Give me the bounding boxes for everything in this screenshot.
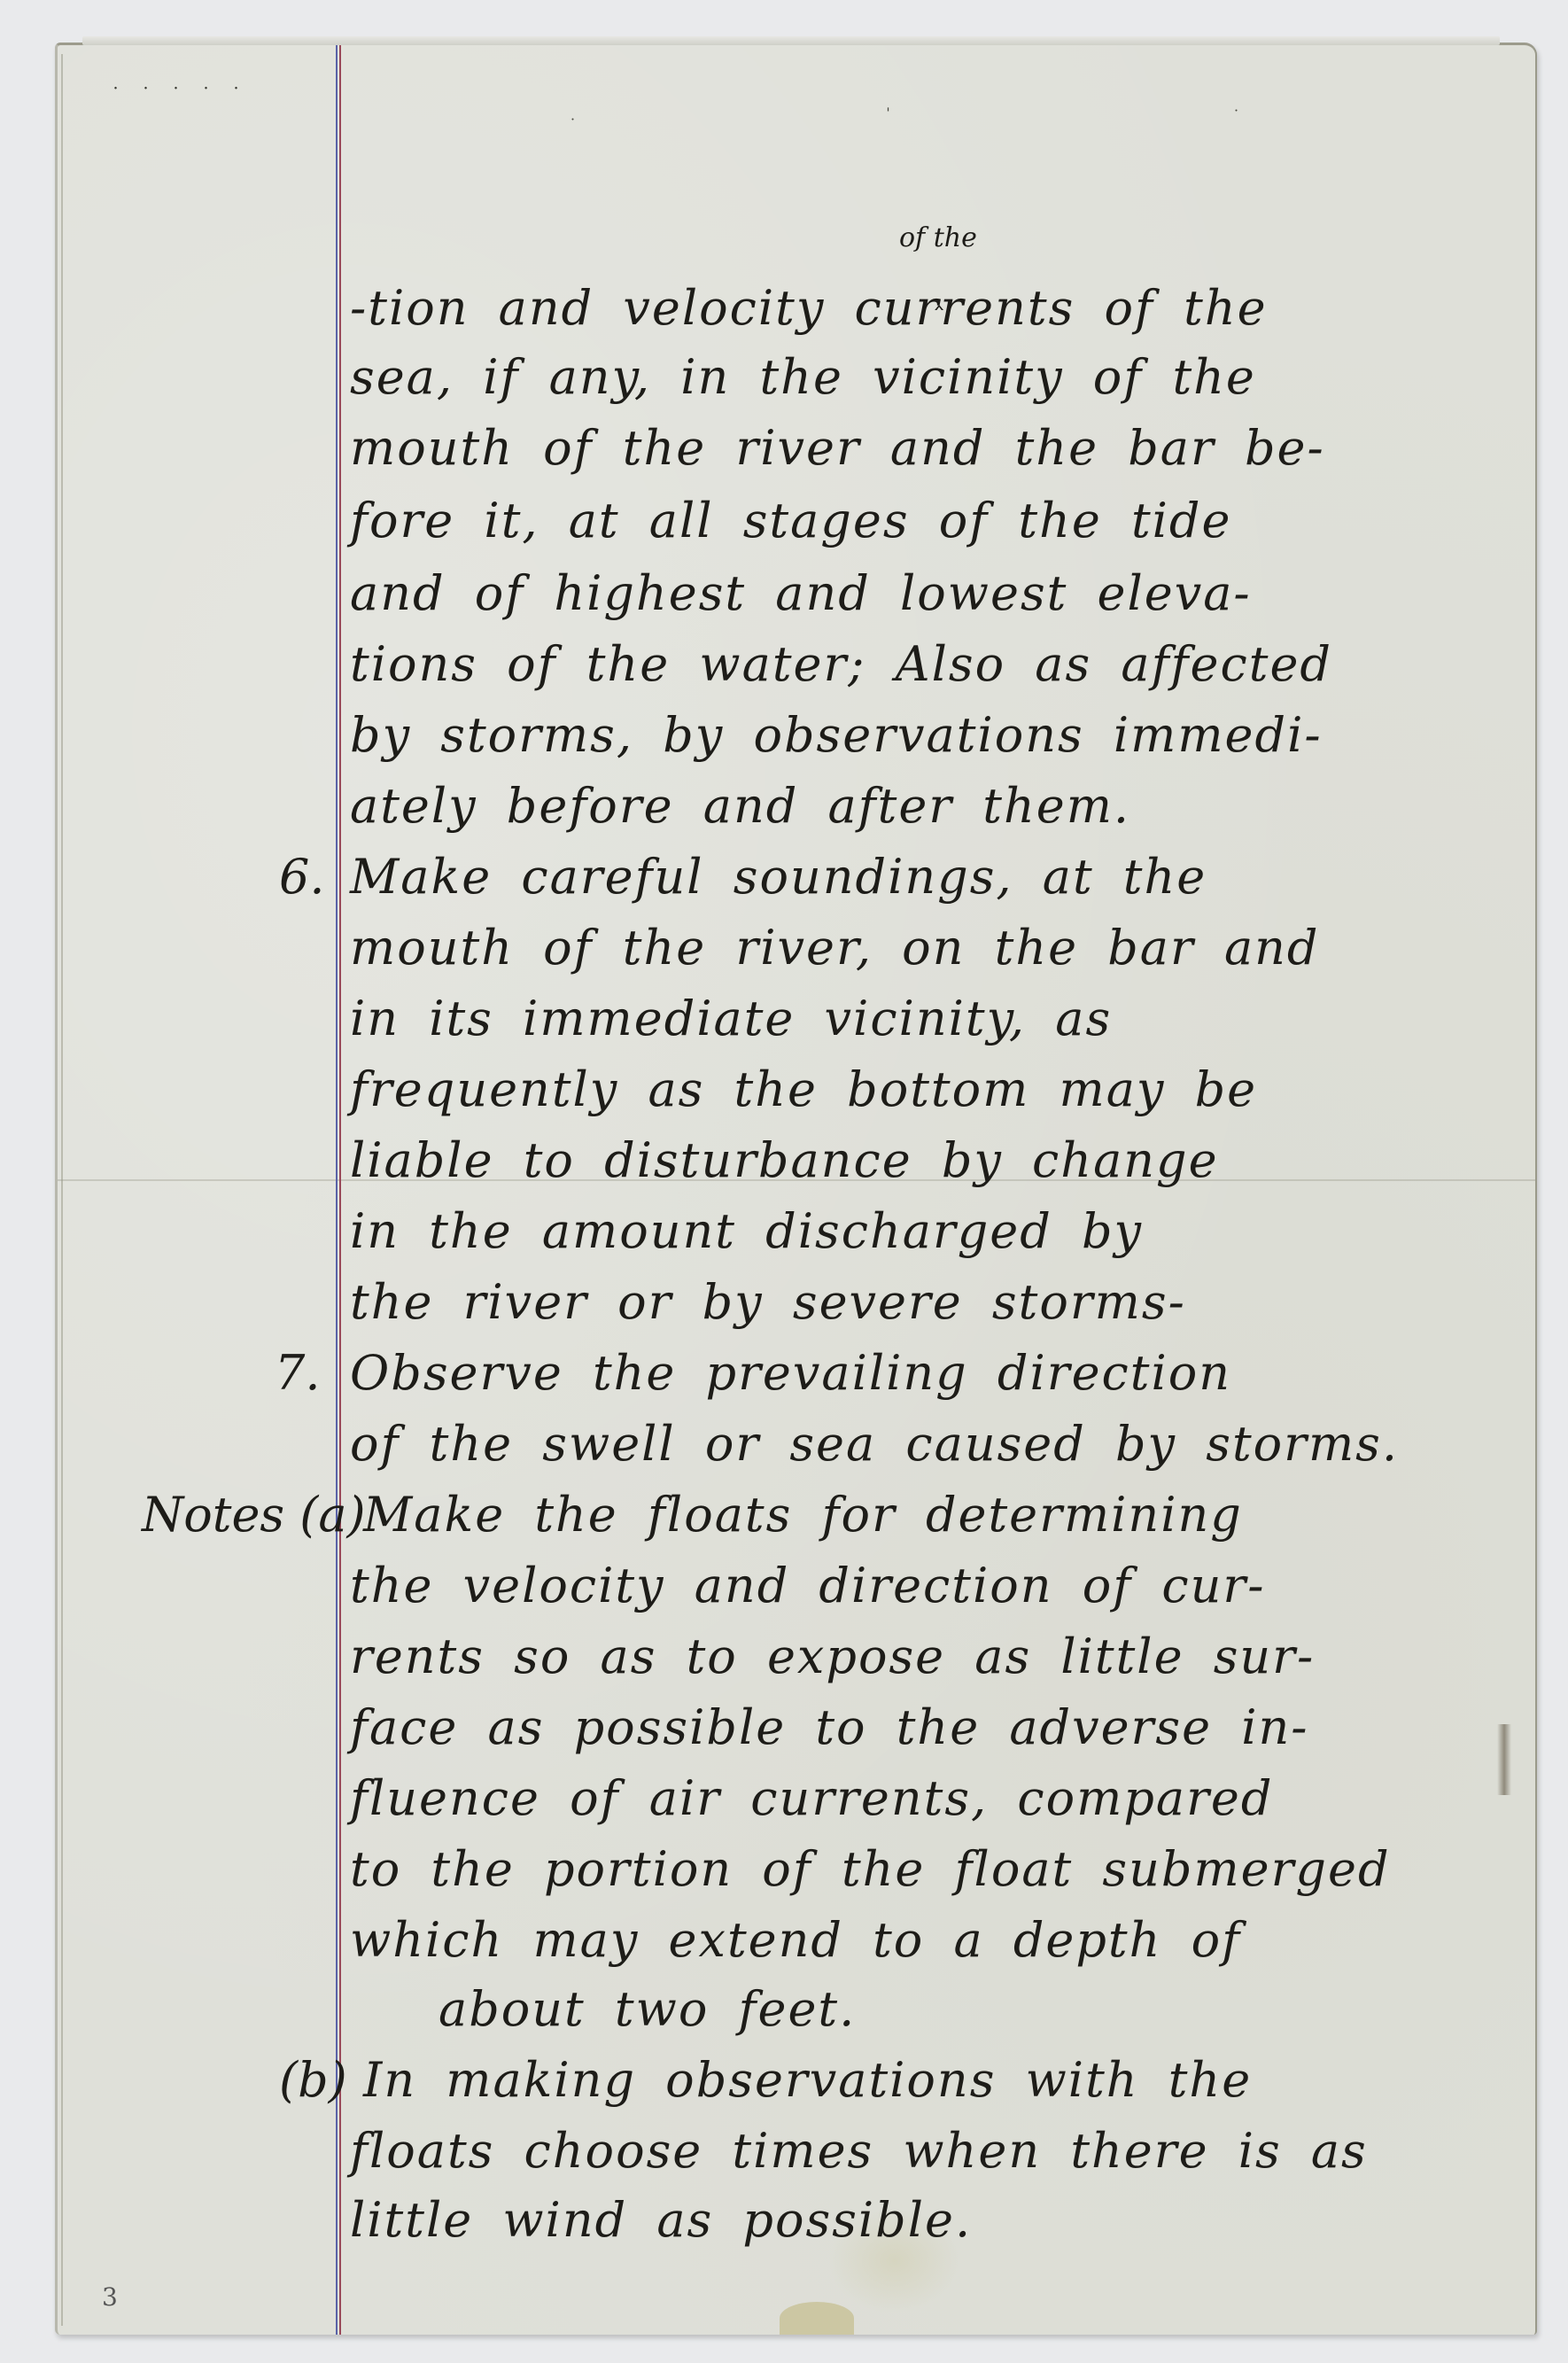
manuscript-page: ˙ ˙ ˙ ˙ ˙ ˙ ˈ ˙ of the ‸ -tion and veloc… xyxy=(55,43,1537,2335)
text-line: sea, if any, in the vicinity of the xyxy=(350,354,1256,401)
water-stain xyxy=(780,2302,854,2335)
text-line: frequently as the bottom may be xyxy=(350,1066,1257,1114)
text-line: fore it, at all stages of the tide xyxy=(350,497,1231,545)
text-line: liable to disturbance by change xyxy=(350,1137,1219,1185)
text-line: little wind as possible. xyxy=(350,2196,972,2244)
pinhole-specks: ˙ ˙ ˙ ˙ ˙ xyxy=(111,85,248,107)
margin-rule-blue xyxy=(336,45,338,2335)
text-line: to the portion of the float submerged xyxy=(350,1846,1391,1893)
margin-rule-red xyxy=(339,45,341,2335)
pinhole: ˙ xyxy=(1232,107,1240,126)
notes-label: Notes (a) xyxy=(142,1491,366,1539)
pinhole: ˙ xyxy=(569,116,577,135)
text-line: the velocity and direction of cur- xyxy=(350,1562,1265,1610)
text-line: rents so as to expose as little sur- xyxy=(350,1633,1315,1681)
pinhole: ˈ xyxy=(886,105,890,124)
item-number-7: 7. xyxy=(275,1349,321,1397)
ink-smudge xyxy=(1497,1724,1511,1795)
torn-top-edge xyxy=(82,36,1500,45)
text-line: fluence of air currents, compared xyxy=(350,1775,1273,1823)
note-b-label: (b) xyxy=(279,2056,347,2104)
text-line: ately before and after them. xyxy=(350,782,1130,830)
margin-rule xyxy=(336,45,342,2335)
text-line: and of highest and lowest eleva- xyxy=(350,570,1252,618)
text-line: face as possible to the adverse in- xyxy=(350,1704,1309,1752)
text-line: -tion and velocity currents of the xyxy=(350,284,1268,332)
text-line: Make the floats for determining xyxy=(363,1491,1243,1539)
text-line: in the amount discharged by xyxy=(350,1208,1143,1255)
text-line: floats choose times when there is as xyxy=(350,2127,1368,2175)
page-number: 3 xyxy=(102,2282,118,2312)
text-line: about two feet. xyxy=(439,1986,856,2033)
text-line: tions of the water; Also as affected xyxy=(350,641,1332,688)
binding-edge xyxy=(61,54,63,2326)
text-line: of the swell or sea caused by storms. xyxy=(350,1420,1399,1468)
inserted-text: of the xyxy=(899,222,977,253)
text-line: mouth of the river, on the bar and xyxy=(350,924,1320,972)
text-line: by storms, by observations immedi- xyxy=(350,711,1323,759)
text-line: the river or by severe storms- xyxy=(350,1279,1186,1326)
text-line: which may extend to a depth of xyxy=(350,1916,1241,1964)
text-line: Observe the prevailing direction xyxy=(350,1349,1231,1397)
text-line: in its immediate vicinity, as xyxy=(350,995,1112,1043)
text-line: mouth of the river and the bar be- xyxy=(350,424,1325,472)
item-number-6: 6. xyxy=(279,853,325,901)
text-line: In making observations with the xyxy=(363,2056,1252,2104)
text-line: Make careful soundings, at the xyxy=(350,853,1207,901)
